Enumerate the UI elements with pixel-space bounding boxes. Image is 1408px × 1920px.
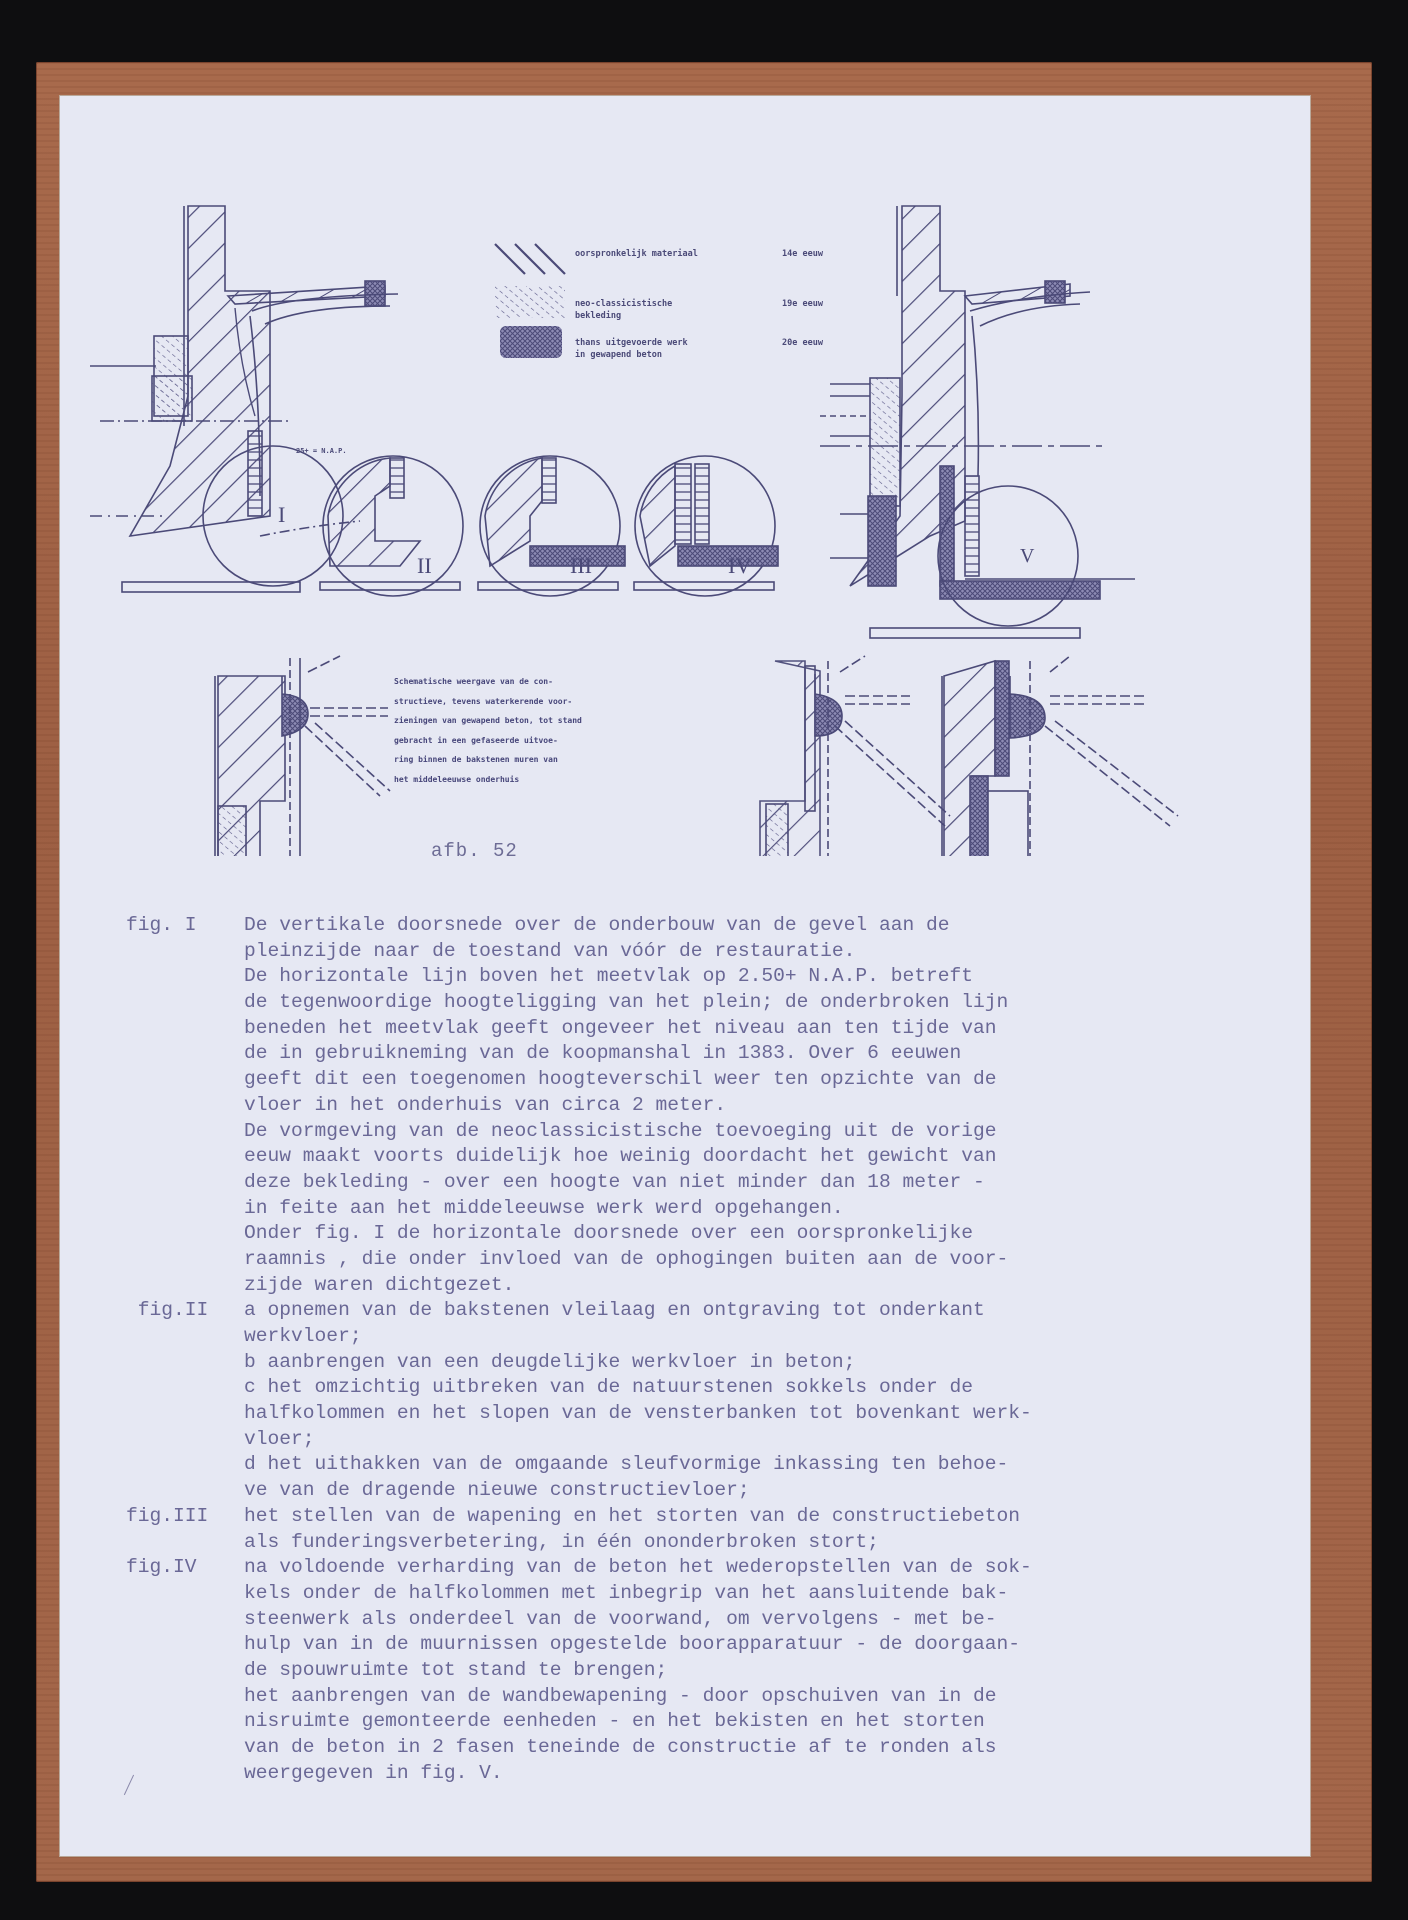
text-line: nisruimte gemonteerde eenheden - en het … xyxy=(244,1709,1286,1735)
text-line: kels onder de halfkolommen met inbegrip … xyxy=(244,1581,1286,1607)
horizontal-section-right xyxy=(942,656,1178,856)
text-line: a opnemen van de bakstenen vleilaag en o… xyxy=(244,1298,1286,1324)
legend-label: thans uitgevoerde werkin gewapend beton xyxy=(575,337,775,361)
text-line: als funderingsverbetering, in één ononde… xyxy=(244,1530,1286,1556)
text-line: na voldoende verharding van de beton het… xyxy=(244,1555,1286,1581)
text-line: in feite aan het middeleeuwse werk werd … xyxy=(244,1196,1286,1222)
legend-label: oorspronkelijk materiaal xyxy=(575,248,775,260)
text-line: het aanbrengen van de wandbewapening - d… xyxy=(244,1684,1286,1710)
text-line: c het omzichtig uitbreken van de natuurs… xyxy=(244,1375,1286,1401)
figure-IV-detail: IV xyxy=(634,456,778,596)
entry-label: fig. I xyxy=(126,913,244,1298)
text-line: de tegenwoordige hoogteligging van het p… xyxy=(244,990,1286,1016)
svg-text:III: III xyxy=(570,553,592,578)
entry-label: fig.III xyxy=(126,1504,244,1555)
text-line: deze bekleding - over een hoogte van nie… xyxy=(244,1170,1286,1196)
text-line: De vormgeving van de neoclassicistische … xyxy=(244,1119,1286,1145)
legend-swatches xyxy=(495,244,565,358)
text-line: halfkolommen en het slopen van de venste… xyxy=(244,1401,1286,1427)
horizontal-section-left xyxy=(215,656,390,856)
text-line: Onder fig. I de horizontale doorsnede ov… xyxy=(244,1221,1286,1247)
text-line: d het uithakken van de omgaande sleufvor… xyxy=(244,1452,1286,1478)
text-line: de in gebruikneming van de koopmanshal i… xyxy=(244,1041,1286,1067)
svg-text:II: II xyxy=(417,553,432,578)
text-line: van de beton in 2 fasen teneinde de cons… xyxy=(244,1735,1286,1761)
text-line: ve van de dragende nieuwe constructievlo… xyxy=(244,1478,1286,1504)
figure-descriptions: fig. IDe vertikale doorsnede over de ond… xyxy=(126,913,1286,1786)
svg-text:IV: IV xyxy=(728,553,751,578)
entry-label: fig.II xyxy=(126,1298,244,1504)
figure-entry: fig.IIIhet stellen van de wapening en he… xyxy=(126,1504,1286,1555)
text-line: beneden het meetvlak geeft ongeveer het … xyxy=(244,1016,1286,1042)
figure-caption: afb. 52 xyxy=(431,840,518,862)
legend-era: 19e eeuw xyxy=(782,298,862,310)
figure-II-detail: II xyxy=(320,456,463,596)
legend-era: 20e eeuw xyxy=(782,337,862,349)
text-line: het stellen van de wapening en het stort… xyxy=(244,1504,1286,1530)
figure-entry: fig.IVna voldoende verharding van de bet… xyxy=(126,1555,1286,1786)
svg-text:V: V xyxy=(1020,545,1035,567)
text-line: de spouwruimte tot stand te brengen; xyxy=(244,1658,1286,1684)
figure-entry: fig. IDe vertikale doorsnede over de ond… xyxy=(126,913,1286,1298)
text-line: werkvloer; xyxy=(244,1324,1286,1350)
text-line: De vertikale doorsnede over de onderbouw… xyxy=(244,913,1286,939)
text-line: De horizontale lijn boven het meetvlak o… xyxy=(244,964,1286,990)
text-line: geeft dit een toegenomen hoogteverschil … xyxy=(244,1067,1286,1093)
text-line: zijde waren dichtgezet. xyxy=(244,1273,1286,1299)
text-line: raamnis , die onder invloed van de ophog… xyxy=(244,1247,1286,1273)
document-page: I 25+ = N.A.P. II III IV xyxy=(60,96,1310,1856)
legend-era: 14e eeuw xyxy=(782,248,862,260)
svg-text:25+ = N.A.P.: 25+ = N.A.P. xyxy=(296,447,347,455)
text-line: eeuw maakt voorts duidelijk hoe weinig d… xyxy=(244,1144,1286,1170)
text-line: pleinzijde naar de toestand van vóór de … xyxy=(244,939,1286,965)
figure-III-detail: III xyxy=(478,456,625,596)
text-line: weergegeven in fig. V. xyxy=(244,1761,1286,1787)
text-line: vloer in het onderhuis van circa 2 meter… xyxy=(244,1093,1286,1119)
text-line: steenwerk als onderdeel van de voorwand,… xyxy=(244,1607,1286,1633)
text-line: vloer; xyxy=(244,1427,1286,1453)
text-line: b aanbrengen van een deugdelijke werkvlo… xyxy=(244,1350,1286,1376)
schema-note: Schematische weergave van de con-structi… xyxy=(394,672,714,789)
entry-label: fig.IV xyxy=(126,1555,244,1786)
horizontal-section-middle xyxy=(760,656,950,856)
figure-V-section: V xyxy=(820,206,1135,638)
svg-text:I: I xyxy=(278,502,285,527)
text-line: hulp van in de muurnissen opgestelde boo… xyxy=(244,1632,1286,1658)
legend-label: neo-classicistischebekleding xyxy=(575,298,775,322)
figure-entry: fig.IIa opnemen van de bakstenen vleilaa… xyxy=(126,1298,1286,1504)
